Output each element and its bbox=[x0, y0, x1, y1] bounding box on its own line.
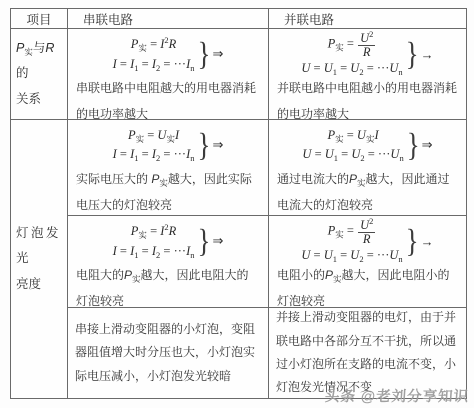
cell-series-p-vs-r: P实 = I2R I = I1 = I2 = ···In } ⇒ 串联电路中电阻… bbox=[68, 29, 269, 120]
formula-block: P实 = U实I U = U1 = U2 = ···Un } ⇒ bbox=[275, 124, 460, 166]
toutiao-watermark: 头条 @老刘分享知识 bbox=[324, 385, 470, 406]
cell-parallel-resistance-brightness: P实 = U2R U = U1 = U2 = ···Un } → 电阻小的P实越… bbox=[269, 216, 467, 308]
formula-line-2: U = U1 = U2 = ···Un bbox=[302, 145, 403, 164]
conclusion-text: 通过电流大的P实越大，因此通过电流大的灯泡较亮 bbox=[275, 167, 460, 216]
conclusion-text: 实际电压大的 P实越大，因此实际电压大的灯泡较亮 bbox=[74, 167, 262, 216]
header-cell-series-circuit: 串联电路 bbox=[68, 9, 269, 29]
formula-line-1: P实 = U2R bbox=[328, 217, 377, 246]
formula-line-1: P实 = U实I bbox=[128, 126, 179, 145]
row-label-p-vs-r: P实与R的关系 bbox=[11, 29, 68, 120]
header-item-label: 项目 bbox=[26, 10, 51, 28]
cell-series-voltage-brightness: P实 = U实I I = I1 = I2 = ···In } ⇒ 实际电压大的 … bbox=[68, 120, 269, 216]
conclusion-text: 并联电路中电阻越小的用电器消耗的电功率越大 bbox=[275, 76, 460, 120]
header-series-label: 串联电路 bbox=[83, 10, 133, 28]
arrow-icon: → bbox=[421, 47, 434, 62]
cell-series-rheostat: 串接上滑动变阻器的小灯泡，变阻器阻值增大时分压也大，小灯泡实际电压减小，小灯泡发… bbox=[68, 308, 269, 399]
rheostat-series-text: 串接上滑动变阻器的小灯泡，变阻器阻值增大时分压也大，小灯泡实际电压减小，小灯泡发… bbox=[75, 318, 261, 388]
header-cell-parallel-circuit: 并联电路 bbox=[269, 9, 467, 29]
cell-series-resistance-brightness: P实 = I2R I = I1 = I2 = ···In } ⇒ 电阻大的P实越… bbox=[68, 216, 269, 308]
formula-line-2: I = I1 = I2 = ···In bbox=[113, 242, 195, 261]
row-label-bulb-brightness-text: 灯泡发光亮度 bbox=[16, 221, 64, 298]
conclusion-text: 电阻大的P实越大，因此电阻大的灯泡较亮 bbox=[74, 263, 262, 308]
page: 项目 串联电路 并联电路 P实与R的关系 P实 = I2R I = I1 = I… bbox=[0, 0, 474, 408]
formula-block: P实 = I2R I = I1 = I2 = ···In } ⇒ bbox=[74, 33, 262, 75]
brace-glyph: } bbox=[406, 38, 419, 70]
formula-block: P实 = I2R I = I1 = I2 = ···In } ⇒ bbox=[74, 220, 262, 262]
brace-glyph: } bbox=[197, 129, 210, 161]
implies-arrow-icon: ⇒ bbox=[212, 46, 223, 62]
formula-line-1: P实 = I2R bbox=[131, 34, 177, 54]
conclusion-text: 电阻小的P实越大，因此电阻小的灯泡较亮 bbox=[275, 263, 460, 308]
brace-glyph: } bbox=[407, 129, 420, 161]
implies-arrow-icon: ⇒ bbox=[212, 137, 223, 153]
cell-parallel-current-brightness: P实 = U实I U = U1 = U2 = ···Un } ⇒ 通过电流大的P… bbox=[269, 120, 467, 216]
arrow-icon: → bbox=[421, 234, 434, 249]
header-cell-item: 项目 bbox=[11, 9, 68, 29]
formula-line-1: P实 = I2R bbox=[131, 221, 177, 241]
cell-parallel-p-vs-r: P实 = U2R U = U1 = U2 = ···Un } → 并联电路中电阻… bbox=[269, 29, 467, 120]
formula-block: P实 = U2R U = U1 = U2 = ···Un } → bbox=[275, 220, 460, 262]
formula-block: P实 = U实I I = I1 = I2 = ···In } ⇒ bbox=[74, 124, 262, 166]
conclusion-text: 串联电路中电阻越大的用电器消耗的电功率越大 bbox=[74, 76, 262, 120]
physics-comparison-table: 项目 串联电路 并联电路 P实与R的关系 P实 = I2R I = I1 = I… bbox=[10, 8, 467, 399]
implies-arrow-icon: ⇒ bbox=[212, 233, 223, 249]
formula-line-1: P实 = U2R bbox=[328, 30, 377, 59]
brace-glyph: } bbox=[197, 38, 210, 70]
row-label-p-vs-r-text: P实与R的关系 bbox=[16, 36, 64, 113]
formula-block: P实 = U2R U = U1 = U2 = ···Un } → bbox=[275, 33, 460, 75]
formula-line-1: P实 = U实I bbox=[327, 126, 378, 145]
formula-line-2: I = I1 = I2 = ···In bbox=[113, 55, 195, 74]
header-parallel-label: 并联电路 bbox=[284, 10, 334, 28]
brace-glyph: } bbox=[197, 225, 210, 257]
row-label-bulb-brightness: 灯泡发光亮度 bbox=[11, 120, 68, 399]
brace-glyph: } bbox=[406, 225, 419, 257]
formula-line-2: I = I1 = I2 = ···In bbox=[113, 145, 195, 164]
implies-arrow-icon: ⇒ bbox=[422, 137, 433, 153]
